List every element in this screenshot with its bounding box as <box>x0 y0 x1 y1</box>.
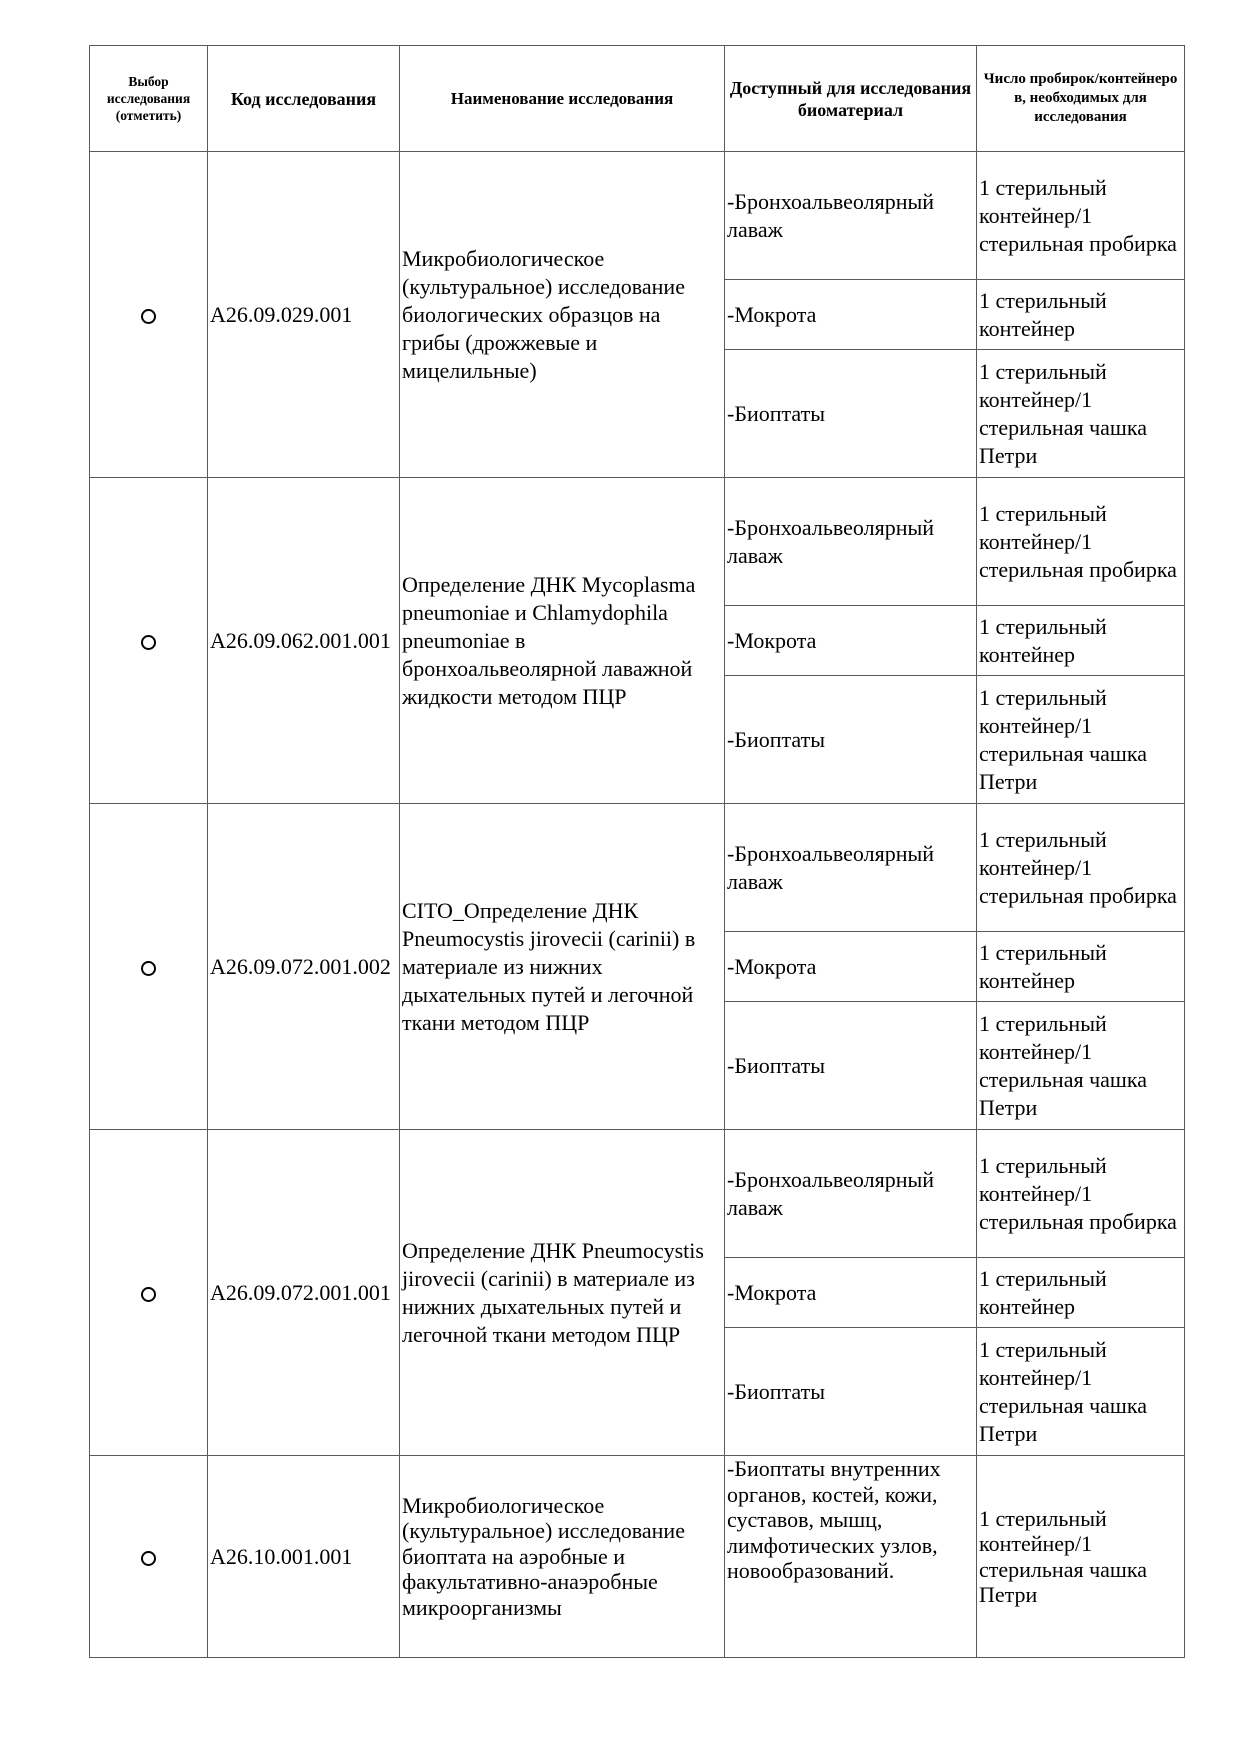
research-name: Микробиологическое (культуральное) иссле… <box>400 1456 725 1658</box>
radio-select-research[interactable] <box>141 1551 156 1566</box>
material-cell: -Бронхоальвеолярный лаваж <box>725 478 977 606</box>
quantity-cell: 1 стерильный контейнер/1 стерильная чашк… <box>977 350 1185 478</box>
research-code: A26.09.072.001.001 <box>208 1130 400 1456</box>
quantity-cell: 1 стерильный контейнер/1 стерильная чашк… <box>977 676 1185 804</box>
select-cell[interactable] <box>90 1456 208 1658</box>
material-cell: -Мокрота <box>725 606 977 676</box>
research-code: A26.09.029.001 <box>208 152 400 478</box>
material-cell: -Бронхоальвеолярный лаваж <box>725 1130 977 1258</box>
material-cell: -Биоптаты <box>725 1328 977 1456</box>
research-name: Микробиологическое (культуральное) иссле… <box>400 152 725 478</box>
research-code: A26.09.062.001.001 <box>208 478 400 804</box>
material-cell: -Бронхоальвеолярный лаваж <box>725 152 977 280</box>
header-name: Наименование исследования <box>400 46 725 152</box>
radio-select-research[interactable] <box>141 309 156 324</box>
table-header-row: Выбор исследования (отметить) Код исслед… <box>90 46 1185 152</box>
material-cell: -Мокрота <box>725 280 977 350</box>
material-cell: -Бронхоальвеолярный лаваж <box>725 804 977 932</box>
radio-select-research[interactable] <box>141 1287 156 1302</box>
radio-select-research[interactable] <box>141 635 156 650</box>
material-cell: -Мокрота <box>725 1258 977 1328</box>
quantity-cell: 1 стерильный контейнер <box>977 606 1185 676</box>
research-code: A26.10.001.001 <box>208 1456 400 1658</box>
quantity-cell: 1 стерильный контейнер/1 стерильная чашк… <box>977 1002 1185 1130</box>
material-cell: -Биоптаты <box>725 350 977 478</box>
research-code: A26.09.072.001.002 <box>208 804 400 1130</box>
header-select: Выбор исследования (отметить) <box>90 46 208 152</box>
quantity-cell: 1 стерильный контейнер/1 стерильная проб… <box>977 1130 1185 1258</box>
table-row: A26.09.072.001.001 Определение ДНК Pneum… <box>90 1130 1185 1258</box>
header-code: Код исследования <box>208 46 400 152</box>
table-row: A26.09.062.001.001 Определение ДНК Mycop… <box>90 478 1185 606</box>
select-cell[interactable] <box>90 804 208 1130</box>
table-row: A26.09.029.001 Микробиологическое (культ… <box>90 152 1185 280</box>
quantity-cell: 1 стерильный контейнер/1 стерильная проб… <box>977 152 1185 280</box>
radio-select-research[interactable] <box>141 961 156 976</box>
material-cell: -Биоптаты <box>725 676 977 804</box>
select-cell[interactable] <box>90 478 208 804</box>
quantity-cell: 1 стерильный контейнер/1 стерильная чашк… <box>977 1328 1185 1456</box>
material-cell: -Биоптаты внутренних органов, костей, ко… <box>725 1456 977 1658</box>
quantity-cell: 1 стерильный контейнер <box>977 280 1185 350</box>
select-cell[interactable] <box>90 1130 208 1456</box>
table-row: A26.09.072.001.002 CITO_Определение ДНК … <box>90 804 1185 932</box>
quantity-cell: 1 стерильный контейнер/1 стерильная проб… <box>977 804 1185 932</box>
quantity-cell: 1 стерильный контейнер/1 стерильная чашк… <box>977 1456 1185 1658</box>
research-name: Определение ДНК Pneumocystis jirovecii (… <box>400 1130 725 1456</box>
table-row: A26.10.001.001 Микробиологическое (культ… <box>90 1456 1185 1658</box>
quantity-cell: 1 стерильный контейнер/1 стерильная проб… <box>977 478 1185 606</box>
quantity-cell: 1 стерильный контейнер <box>977 1258 1185 1328</box>
material-cell: -Мокрота <box>725 932 977 1002</box>
header-material: Доступный для исследования биоматериал <box>725 46 977 152</box>
research-name: Определение ДНК Mycoplasma pneumoniae и … <box>400 478 725 804</box>
research-name: CITO_Определение ДНК Pneumocystis jirove… <box>400 804 725 1130</box>
quantity-cell: 1 стерильный контейнер <box>977 932 1185 1002</box>
material-cell: -Биоптаты <box>725 1002 977 1130</box>
research-selection-table: Выбор исследования (отметить) Код исслед… <box>89 45 1185 1658</box>
select-cell[interactable] <box>90 152 208 478</box>
header-quantity: Число пробирок/контейнеро в, необходимых… <box>977 46 1185 152</box>
